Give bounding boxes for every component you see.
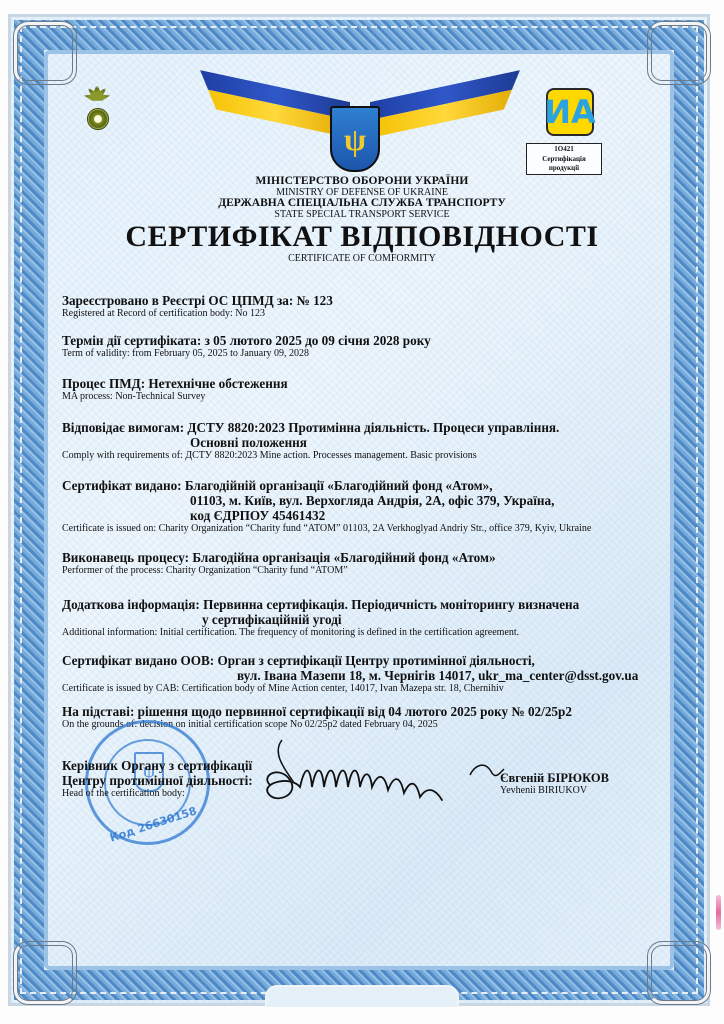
- requirements-ua: Відповідає вимогам: ДСТУ 8820:2023 Проти…: [62, 420, 662, 435]
- service-en: STATE SPECIAL TRANSPORT SERVICE: [0, 209, 724, 220]
- ornament-corner-icon: [14, 942, 76, 1004]
- signer-name-en: Yevhenii BIRIUKOV: [500, 785, 609, 796]
- requirements-ua-cont: Основні положення: [62, 435, 662, 450]
- process-ua: Процес ПМД: Нетехнічне обстеження: [62, 376, 662, 391]
- signer-name-ua: Євгеній БІРЮКОВ: [500, 771, 609, 785]
- bottom-cartouche-ornament: [265, 985, 459, 1007]
- grounds-ua: На підставі: рішення щодо первинної серт…: [62, 704, 662, 719]
- issued-by-ua: Сертифікат видано ООВ: Орган з сертифіка…: [62, 653, 662, 668]
- signer: Євгеній БІРЮКОВ Yevhenii BIRIUKOV: [500, 771, 609, 796]
- service-ua: ДЕРЖАВНА СПЕЦІАЛЬНА СЛУЖБА ТРАНСПОРТУ: [0, 198, 724, 209]
- ornament-corner-icon: [648, 22, 710, 84]
- validity-en: Term of validity: from February 05, 2025…: [62, 348, 662, 360]
- flag-wing-right: [370, 70, 520, 142]
- issued-to-field: Сертифікат видано: Благодійній організац…: [62, 478, 662, 535]
- additional-field: Додаткова інформація: Первинна сертифіка…: [62, 597, 662, 639]
- scan-mark: [716, 895, 721, 930]
- certificate-title: СЕРТИФІКАТ ВІДПОВІДНОСТІ: [0, 221, 724, 253]
- trident-shield-icon: ψ: [330, 106, 380, 172]
- process-field: Процес ПМД: Нетехнічне обстеження MA pro…: [62, 376, 662, 403]
- performer-en: Performer of the process: Charity Organi…: [62, 565, 662, 577]
- issued-by-field: Сертифікат видано ООВ: Орган з сертифіка…: [62, 653, 662, 695]
- registered-ua: Зареєстровано в Реєстрі ОС ЦПМД за: № 12…: [62, 293, 662, 308]
- issued-to-code: код ЄДРПОУ 45461432: [62, 508, 662, 523]
- issued-by-en: Certificate is issued by CAB: Certificat…: [62, 683, 662, 695]
- mark-code: 1О421: [527, 145, 601, 155]
- ua-mark-glyph: ИА: [544, 96, 596, 128]
- mark-line: продукції: [527, 164, 601, 174]
- head-label-en: Head of the certification body:: [62, 788, 253, 800]
- additional-ua-cont: у сертифікаційній угоді: [62, 612, 662, 627]
- trident-wings-emblem-icon: ψ: [200, 80, 520, 170]
- performer-field: Виконавець процесу: Благодійна організац…: [62, 550, 662, 577]
- certificate-header: МІНІСТЕРСТВО ОБОРОНИ УКРАЇНИ MINISTRY OF…: [0, 176, 724, 264]
- ornament-corner-icon: [14, 22, 76, 84]
- head-label-ua-1: Керівник Органу з сертифікації: [62, 758, 253, 773]
- requirements-en: Comply with requirements of: ДСТУ 8820:2…: [62, 450, 662, 462]
- head-of-body-label: Керівник Органу з сертифікації Центру пр…: [62, 758, 253, 800]
- registered-en: Registered at Record of certification bo…: [62, 308, 662, 320]
- flag-wing-left: [200, 70, 350, 142]
- additional-en: Additional information: Initial certific…: [62, 627, 662, 639]
- handwritten-signature-icon: [260, 735, 520, 815]
- grenade-ball: [87, 108, 109, 130]
- process-en: MA process: Non-Technical Survey: [62, 391, 662, 403]
- issued-by-address: вул. Івана Мазепи 18, м. Чернігів 14017,…: [62, 668, 662, 683]
- ministry-ua: МІНІСТЕРСТВО ОБОРОНИ УКРАЇНИ: [0, 176, 724, 187]
- mark-line: Сертифікація: [527, 155, 601, 165]
- head-label-ua-2: Центру протимінної діяльності:: [62, 773, 253, 788]
- issued-to-ua: Сертифікат видано: Благодійній організац…: [62, 478, 662, 493]
- grenade-flame: [84, 84, 110, 108]
- performer-ua: Виконавець процесу: Благодійна організац…: [62, 550, 662, 565]
- certificate-subtitle: CERTIFICATE OF COMFORMITY: [0, 253, 724, 264]
- ornament-corner-icon: [648, 942, 710, 1004]
- requirements-field: Відповідає вимогам: ДСТУ 8820:2023 Проти…: [62, 420, 662, 462]
- conformity-mark-label: 1О421 Сертифікація продукції: [526, 143, 602, 175]
- issued-to-address: 01103, м. Київ, вул. Верхогляда Андрія, …: [62, 493, 662, 508]
- grenade-emblem-icon: [82, 84, 112, 134]
- validity-ua: Термін дії сертифіката: з 05 лютого 2025…: [62, 333, 662, 348]
- issued-to-en: Certificate is issued on: Charity Organi…: [62, 523, 662, 535]
- validity-field: Термін дії сертифіката: з 05 лютого 2025…: [62, 333, 662, 360]
- ua-conformity-mark-icon: ИА: [546, 88, 594, 136]
- registered-field: Зареєстровано в Реєстрі ОС ЦПМД за: № 12…: [62, 293, 662, 320]
- additional-ua: Додаткова інформація: Первинна сертифіка…: [62, 597, 662, 612]
